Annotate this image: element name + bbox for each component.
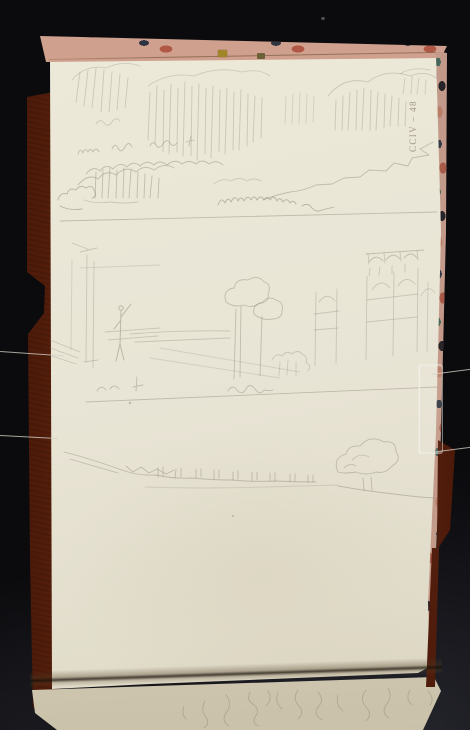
binding-tab-olive bbox=[257, 53, 265, 59]
binding-tab-gold bbox=[218, 50, 227, 57]
plastic-clip bbox=[418, 364, 443, 454]
folio-number-inscription: CCIV – 48 bbox=[408, 100, 418, 152]
sketchbook-photograph: { "photo": { "inscription": { "text": "C… bbox=[0, 0, 470, 730]
sketchbook-page bbox=[0, 0, 470, 730]
dust-speck bbox=[321, 17, 325, 20]
